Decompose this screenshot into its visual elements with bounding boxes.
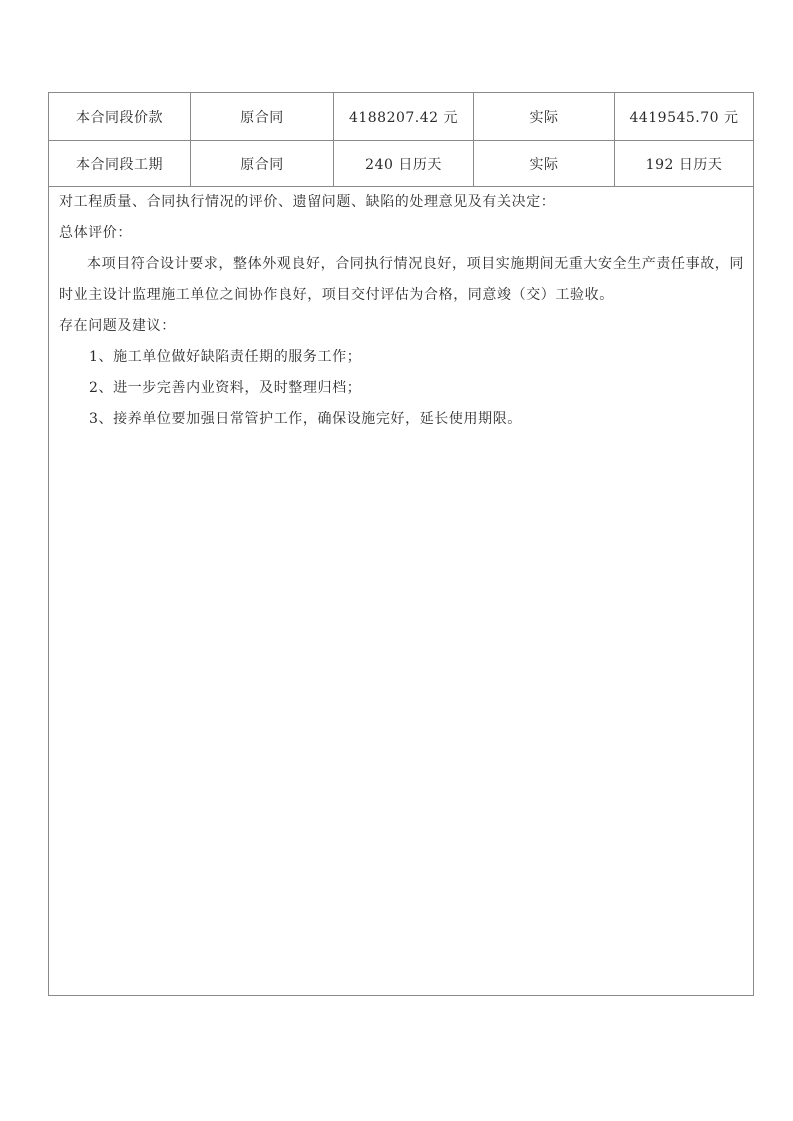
overall-evaluation-text: 本项目符合设计要求，整体外观良好，合同执行情况良好，项目实施期间无重大安全生产责…: [59, 249, 743, 280]
overall-evaluation-text-cont: 时业主设计监理施工单位之间协作良好，项目交付评估为合格，同意竣（交）工验收。: [59, 280, 743, 311]
original-contract-value: 240 日历天: [334, 141, 474, 186]
actual-label: 实际: [474, 93, 615, 140]
acceptance-form-table: 本合同段价款 原合同 4188207.42 元 实际 4419545.70 元 …: [48, 92, 754, 996]
issue-item: 3、接养单位要加强日常管护工作，确保设施完好，延长使用期限。: [59, 404, 743, 435]
issue-item: 1、施工单位做好缺陷责任期的服务工作；: [59, 342, 743, 373]
original-contract-label: 原合同: [191, 141, 334, 186]
actual-label: 实际: [474, 141, 615, 186]
actual-value: 192 日历天: [615, 141, 753, 186]
issue-item: 2、进一步完善内业资料，及时整理归档；: [59, 373, 743, 404]
original-contract-label: 原合同: [191, 93, 334, 140]
table-row-contract-price: 本合同段价款 原合同 4188207.42 元 实际 4419545.70 元: [49, 93, 753, 141]
actual-value: 4419545.70 元: [615, 93, 753, 140]
row-label: 本合同段价款: [49, 93, 191, 140]
issues-title: 存在问题及建议：: [59, 311, 743, 342]
evaluation-heading: 对工程质量、合同执行情况的评价、遗留问题、缺陷的处理意见及有关决定：: [59, 187, 743, 218]
overall-evaluation-title: 总体评价：: [59, 218, 743, 249]
original-contract-value: 4188207.42 元: [334, 93, 474, 140]
evaluation-section: 对工程质量、合同执行情况的评价、遗留问题、缺陷的处理意见及有关决定： 总体评价：…: [49, 187, 753, 435]
table-row-contract-duration: 本合同段工期 原合同 240 日历天 实际 192 日历天: [49, 141, 753, 187]
row-label: 本合同段工期: [49, 141, 191, 186]
